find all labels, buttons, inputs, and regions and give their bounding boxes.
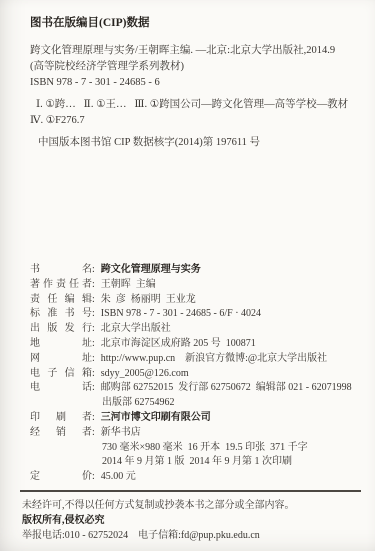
row-value: 2014 年 9 月第 1 版 2014 年 9 月第 1 次印刷 bbox=[102, 455, 361, 470]
row-value: 邮购部 62752015 发行部 62750672 编辑部 021 - 6207… bbox=[101, 381, 361, 396]
colophon-row-book-title: 书名:跨文化管理原理与实务 bbox=[30, 263, 361, 278]
row-label: 著作责任者 bbox=[30, 278, 92, 293]
row-colon: : bbox=[92, 470, 95, 485]
footer-report-line: 举报电话:010 - 62752024 电子信箱:fd@pup.pku.edu.… bbox=[22, 528, 361, 543]
footer-section: 未经许可,不得以任何方式复制或抄袭本书之部分或全部内容。 版权所有,侵权必究 举… bbox=[0, 492, 375, 544]
colophon-row-email: 电子信箱:sdyy_2005@126.com bbox=[30, 367, 361, 382]
row-label: 责任编辑 bbox=[30, 293, 92, 308]
footer-rights-line: 版权所有,侵权必究 bbox=[22, 513, 361, 528]
row-value: 北京大学出版社 bbox=[101, 322, 361, 337]
row-colon: : bbox=[92, 322, 95, 337]
row-colon: : bbox=[92, 278, 95, 293]
row-colon: : bbox=[92, 337, 95, 352]
cip-heading: 图书在版编目(CIP)数据 bbox=[30, 15, 361, 31]
colophon-row-publisher: 出版发行:北京大学出版社 bbox=[30, 322, 361, 337]
row-label: 印刷者 bbox=[30, 411, 92, 426]
row-colon: : bbox=[92, 381, 95, 396]
row-colon: : bbox=[92, 293, 95, 308]
row-colon: : bbox=[92, 307, 95, 322]
cip-class-line-1: Ⅰ. ①跨… Ⅱ. ①王… Ⅲ. ①跨国公司—跨文化管理—高等学校—教材 bbox=[30, 97, 361, 113]
colophon-row-isbn: 标准书号:ISBN 978 - 7 - 301 - 24685 - 6/F · … bbox=[30, 307, 361, 322]
cip-section: 图书在版编目(CIP)数据 跨文化管理原理与实务/王朝晖主编. —北京:北京大学… bbox=[30, 15, 361, 151]
cip-classification: Ⅰ. ①跨… Ⅱ. ①王… Ⅲ. ①跨国公司—跨文化管理—高等学校—教材 Ⅳ. … bbox=[30, 97, 361, 129]
row-value: ISBN 978 - 7 - 301 - 24685 - 6/F · 4024 bbox=[101, 307, 361, 322]
row-value: 北京市海淀区成府路 205 号 100871 bbox=[101, 337, 361, 352]
colophon-row-author: 著作责任者:王朝晖 主编 bbox=[30, 278, 361, 293]
row-value: 出版部 62754962 bbox=[102, 396, 361, 411]
footer-notice-line: 未经许可,不得以任何方式复制或抄袭本书之部分或全部内容。 bbox=[22, 498, 361, 513]
row-value: 730 毫米×980 毫米 16 开本 19.5 印张 371 千字 bbox=[102, 441, 361, 456]
row-label: 定价 bbox=[30, 470, 92, 485]
cip-isbn-line: ISBN 978 - 7 - 301 - 24685 - 6 bbox=[30, 75, 361, 91]
cip-series-line: (高等院校经济学管理学系列教材) bbox=[30, 59, 361, 75]
row-value: 朱 彦 杨丽明 王业龙 bbox=[101, 293, 361, 308]
colophon-row-editors: 责任编辑:朱 彦 杨丽明 王业龙 bbox=[30, 293, 361, 308]
cip-record-line: 中国版本图书馆 CIP 数据核字(2014)第 197611 号 bbox=[30, 135, 361, 151]
row-colon: : bbox=[92, 367, 95, 382]
colophon-row-price: 定价:45.00 元 bbox=[30, 470, 361, 485]
row-label: 出版发行 bbox=[30, 322, 92, 337]
cip-class-line-2: Ⅳ. ①F276.7 bbox=[30, 113, 361, 129]
row-colon: : bbox=[92, 352, 95, 367]
row-value: 三河市博文印刷有限公司 bbox=[101, 411, 361, 426]
colophon-section: 书名:跨文化管理原理与实务 著作责任者:王朝晖 主编 责任编辑:朱 彦 杨丽明 … bbox=[30, 263, 361, 485]
colophon-row-phone-cont: 出版部 62754962 bbox=[30, 396, 361, 411]
row-colon: : bbox=[92, 263, 95, 278]
row-label: 书名 bbox=[30, 263, 92, 278]
colophon-row-address: 地址:北京市海淀区成府路 205 号 100871 bbox=[30, 337, 361, 352]
cip-title-line: 跨文化管理原理与实务/王朝晖主编. —北京:北京大学出版社,2014.9 bbox=[30, 43, 361, 59]
row-value: 45.00 元 bbox=[101, 470, 361, 485]
row-label: 电子信箱 bbox=[30, 367, 92, 382]
row-colon: : bbox=[92, 411, 95, 426]
page-content: 图书在版编目(CIP)数据 跨文化管理原理与实务/王朝晖主编. —北京:北京大学… bbox=[0, 0, 375, 485]
row-value: 跨文化管理原理与实务 bbox=[101, 263, 361, 278]
colophon-row-format-cont: 730 毫米×980 毫米 16 开本 19.5 印张 371 千字 bbox=[30, 441, 361, 456]
row-value: 王朝晖 主编 bbox=[101, 278, 361, 293]
row-label: 标准书号 bbox=[30, 307, 92, 322]
row-label: 地址 bbox=[30, 337, 92, 352]
scanned-book-copyright-page: 图书在版编目(CIP)数据 跨文化管理原理与实务/王朝晖主编. —北京:北京大学… bbox=[0, 0, 375, 551]
colophon-row-phone: 电话:邮购部 62752015 发行部 62750672 编辑部 021 - 6… bbox=[30, 381, 361, 396]
colophon-row-distributor: 经销者:新华书店 bbox=[30, 426, 361, 441]
row-colon: : bbox=[92, 426, 95, 441]
colophon-row-website: 网址:http://www.pup.cn 新浪官方微博:@北京大学出版社 bbox=[30, 352, 361, 367]
colophon-row-edition-cont: 2014 年 9 月第 1 版 2014 年 9 月第 1 次印刷 bbox=[30, 455, 361, 470]
row-value: sdyy_2005@126.com bbox=[101, 367, 361, 382]
row-label: 网址 bbox=[30, 352, 92, 367]
colophon-row-printer: 印刷者:三河市博文印刷有限公司 bbox=[30, 411, 361, 426]
row-value: http://www.pup.cn 新浪官方微博:@北京大学出版社 bbox=[101, 352, 361, 367]
row-label: 电话 bbox=[30, 381, 92, 396]
row-value: 新华书店 bbox=[101, 426, 361, 441]
row-label: 经销者 bbox=[30, 426, 92, 441]
